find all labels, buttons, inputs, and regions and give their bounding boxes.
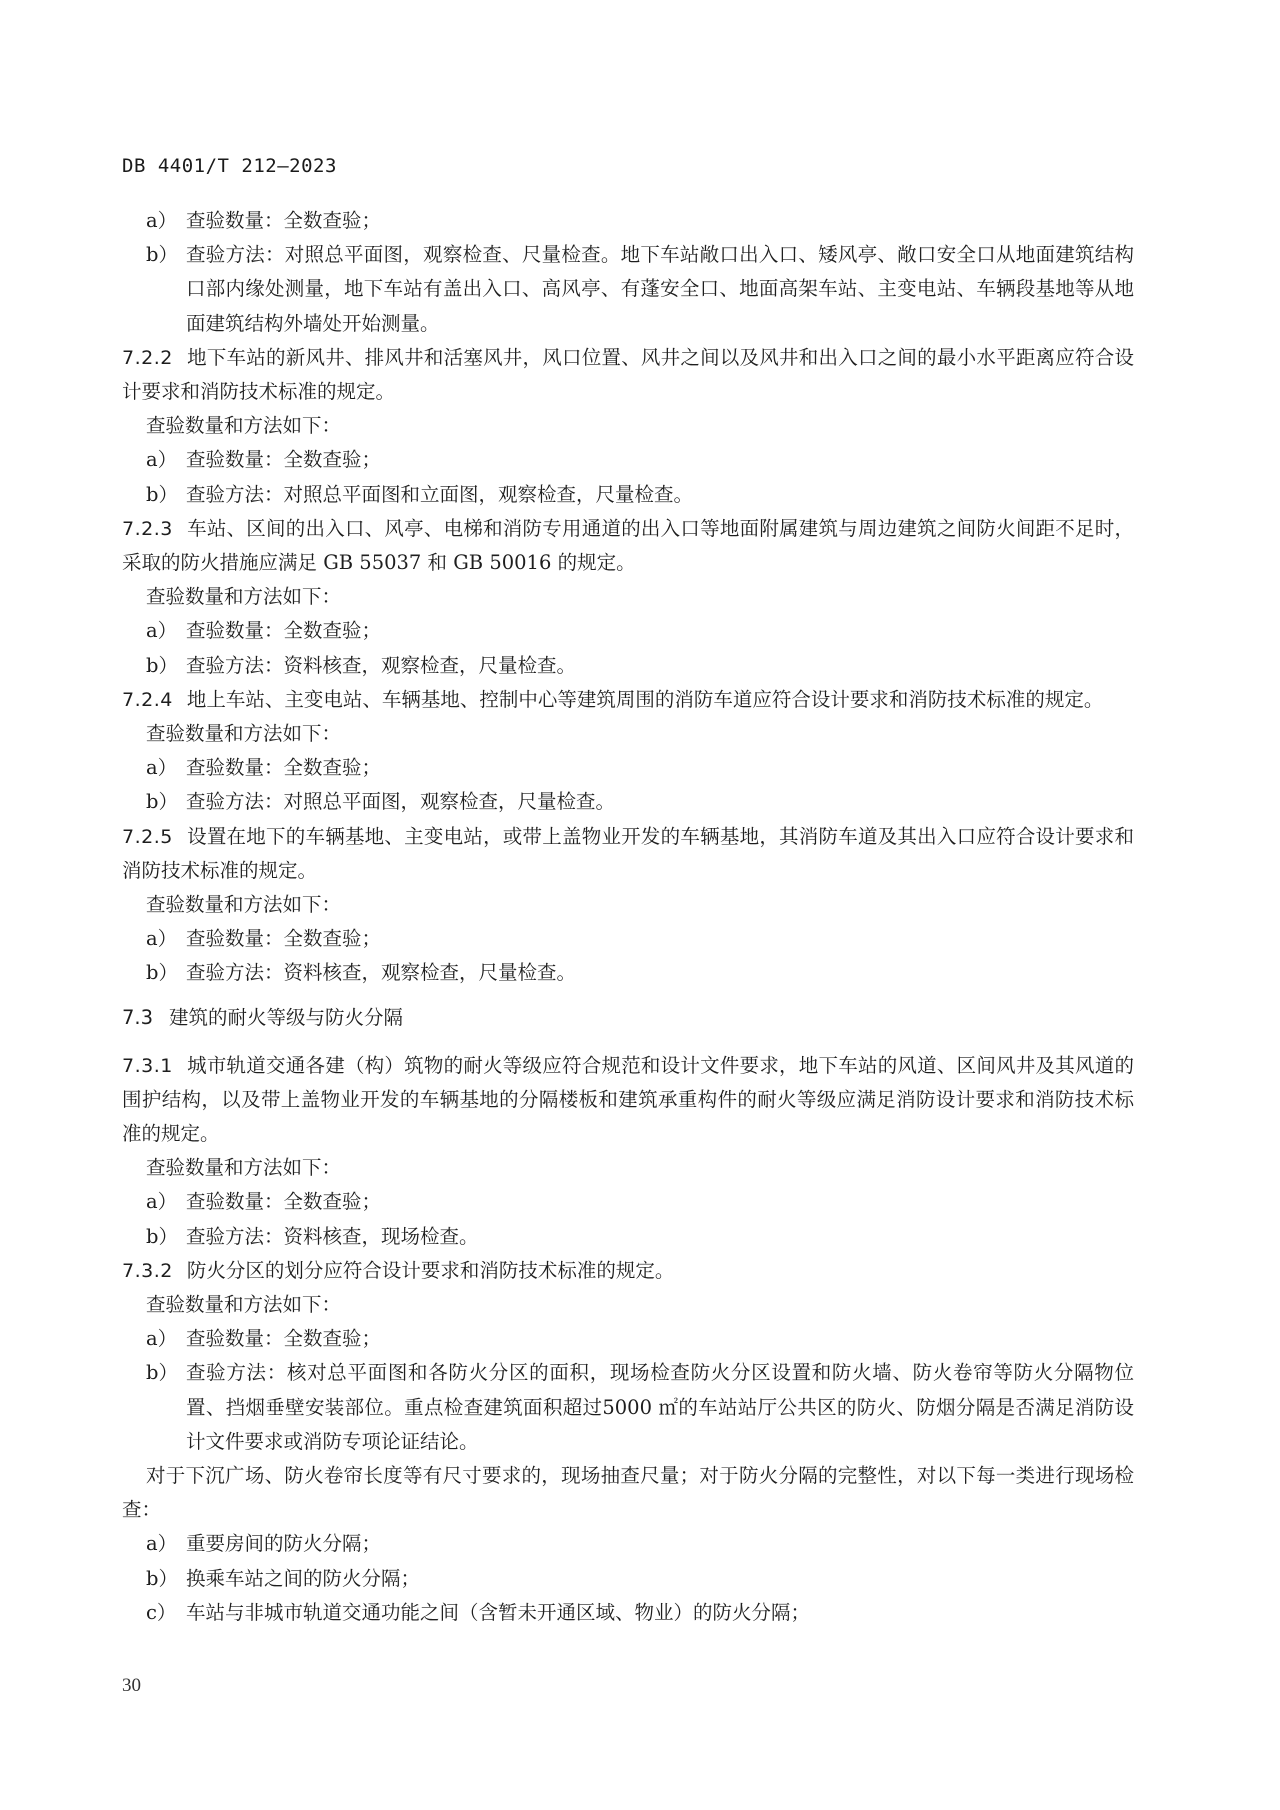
list-marker: b） (146, 1356, 186, 1459)
list-item: a） 查验数量：全数查验； (122, 751, 1134, 785)
list-marker: a） (146, 443, 186, 477)
clause-intro: 查验数量和方法如下： (122, 888, 1134, 922)
list-item: a） 查验数量：全数查验； (122, 443, 1134, 477)
clause-text: 车站、区间的出入口、风亭、电梯和消防专用通道的出入口等地面附属建筑与周边建筑之间… (122, 517, 1134, 574)
clause-number: 7.2.5 (122, 826, 173, 848)
list-item: b） 查验方法：资料核查，现场检查。 (122, 1220, 1134, 1254)
clause-7-2-3: 7.2.3车站、区间的出入口、风亭、电梯和消防专用通道的出入口等地面附属建筑与周… (122, 512, 1134, 580)
list-item-text: 查验方法：对照总平面图和立面图，观察检查，尺量检查。 (186, 478, 1134, 512)
list-item: a） 查验数量：全数查验； (122, 922, 1134, 956)
document-page: DB 4401/T 212—2023 a） 查验数量：全数查验； b） 查验方法… (0, 0, 1280, 1810)
clause-7-2-4: 7.2.4地上车站、主变电站、车辆基地、控制中心等建筑周围的消防车道应符合设计要… (122, 683, 1134, 717)
clause-number: 7.3.1 (122, 1055, 173, 1077)
list-marker: b） (146, 478, 186, 512)
list-item-text: 查验数量：全数查验； (186, 751, 1134, 785)
list-marker: a） (146, 614, 186, 648)
clause-text: 地上车站、主变电站、车辆基地、控制中心等建筑周围的消防车道应符合设计要求和消防技… (187, 688, 1104, 711)
list-item: a） 查验数量：全数查验； (122, 1322, 1134, 1356)
list-marker: b） (146, 1220, 186, 1254)
clause-text: 城市轨道交通各建（构）筑物的耐火等级应符合规范和设计文件要求，地下车站的风道、区… (122, 1054, 1134, 1145)
list-item-text: 查验数量：全数查验； (186, 922, 1134, 956)
section-heading-7-3: 7.3建筑的耐火等级与防火分隔 (122, 1001, 1134, 1035)
list-item: b） 查验方法：资料核查，观察检查，尺量检查。 (122, 956, 1134, 990)
clause-7-2-2: 7.2.2地下车站的新风井、排风井和活塞风井，风口位置、风井之间以及风井和出入口… (122, 341, 1134, 409)
section-number: 7.3 (122, 1006, 153, 1029)
list-item: a） 查验数量：全数查验； (122, 1185, 1134, 1219)
list-item-text: 查验方法：对照总平面图，观察检查，尺量检查。 (186, 785, 1134, 819)
list-marker: a） (146, 204, 186, 238)
list-marker: a） (146, 1322, 186, 1356)
list-marker: a） (146, 922, 186, 956)
document-code-header: DB 4401/T 212—2023 (122, 155, 337, 177)
inspection-paragraph: 对于下沉广场、防火卷帘长度等有尺寸要求的，现场抽查尺量；对于防火分隔的完整性，对… (122, 1459, 1134, 1527)
clause-intro: 查验数量和方法如下： (122, 409, 1134, 443)
list-item: c） 车站与非城市轨道交通功能之间（含暂未开通区域、物业）的防火分隔； (122, 1596, 1134, 1630)
list-item: b） 查验方法：对照总平面图和立面图，观察检查，尺量检查。 (122, 478, 1134, 512)
clause-7-3-1: 7.3.1城市轨道交通各建（构）筑物的耐火等级应符合规范和设计文件要求，地下车站… (122, 1049, 1134, 1152)
list-item-text: 查验数量：全数查验； (186, 443, 1134, 477)
list-item-text: 查验方法：对照总平面图，观察检查、尺量检查。地下车站敞口出入口、矮风亭、敞口安全… (186, 238, 1134, 341)
clause-number: 7.2.3 (122, 518, 173, 540)
list-item-text: 查验数量：全数查验； (186, 1185, 1134, 1219)
list-marker: b） (146, 238, 186, 341)
clause-text: 防火分区的划分应符合设计要求和消防技术标准的规定。 (187, 1259, 675, 1282)
list-item: a） 查验数量：全数查验； (122, 204, 1134, 238)
list-marker: b） (146, 956, 186, 990)
list-item-text: 查验方法：资料核查，现场检查。 (186, 1220, 1134, 1254)
list-item-text: 查验数量：全数查验； (186, 1322, 1134, 1356)
list-item-text: 查验数量：全数查验； (186, 614, 1134, 648)
clause-text: 地下车站的新风井、排风井和活塞风井，风口位置、风井之间以及风井和出入口之间的最小… (122, 346, 1134, 403)
clause-text: 设置在地下的车辆基地、主变电站，或带上盖物业开发的车辆基地，其消防车道及其出入口… (122, 825, 1134, 882)
clause-intro: 查验数量和方法如下： (122, 1151, 1134, 1185)
list-item: a） 查验数量：全数查验； (122, 614, 1134, 648)
list-item: b） 查验方法：核对总平面图和各防火分区的面积，现场检查防火分区设置和防火墙、防… (122, 1356, 1134, 1459)
list-item: b） 换乘车站之间的防火分隔； (122, 1562, 1134, 1596)
page-number: 30 (122, 1675, 141, 1697)
clause-7-3-2: 7.3.2防火分区的划分应符合设计要求和消防技术标准的规定。 (122, 1254, 1134, 1288)
list-marker: a） (146, 1185, 186, 1219)
list-item-text: 换乘车站之间的防火分隔； (186, 1562, 1134, 1596)
list-item: b） 查验方法：资料核查，观察检查，尺量检查。 (122, 649, 1134, 683)
list-item-text: 查验数量：全数查验； (186, 204, 1134, 238)
list-marker: b） (146, 1562, 186, 1596)
list-item-text: 车站与非城市轨道交通功能之间（含暂未开通区域、物业）的防火分隔； (186, 1596, 1134, 1630)
clause-intro: 查验数量和方法如下： (122, 580, 1134, 614)
list-item-text: 重要房间的防火分隔； (186, 1527, 1134, 1561)
list-item-text: 查验方法：核对总平面图和各防火分区的面积，现场检查防火分区设置和防火墙、防火卷帘… (186, 1356, 1134, 1459)
list-marker: b） (146, 649, 186, 683)
clause-number: 7.3.2 (122, 1260, 173, 1282)
clause-intro: 查验数量和方法如下： (122, 717, 1134, 751)
list-marker: b） (146, 785, 186, 819)
clause-number: 7.2.2 (122, 347, 173, 369)
clause-number: 7.2.4 (122, 689, 173, 711)
clause-7-2-5: 7.2.5设置在地下的车辆基地、主变电站，或带上盖物业开发的车辆基地，其消防车道… (122, 820, 1134, 888)
list-item-text: 查验方法：资料核查，观察检查，尺量检查。 (186, 956, 1134, 990)
section-title: 建筑的耐火等级与防火分隔 (169, 1006, 403, 1029)
list-item: a） 重要房间的防火分隔； (122, 1527, 1134, 1561)
list-item: b） 查验方法：对照总平面图，观察检查，尺量检查。 (122, 785, 1134, 819)
list-marker: a） (146, 751, 186, 785)
list-marker: a） (146, 1527, 186, 1561)
list-item: b） 查验方法：对照总平面图，观察检查、尺量检查。地下车站敞口出入口、矮风亭、敞… (122, 238, 1134, 341)
document-body: a） 查验数量：全数查验； b） 查验方法：对照总平面图，观察检查、尺量检查。地… (122, 204, 1134, 1630)
clause-intro: 查验数量和方法如下： (122, 1288, 1134, 1322)
list-item-text: 查验方法：资料核查，观察检查，尺量检查。 (186, 649, 1134, 683)
list-marker: c） (146, 1596, 186, 1630)
